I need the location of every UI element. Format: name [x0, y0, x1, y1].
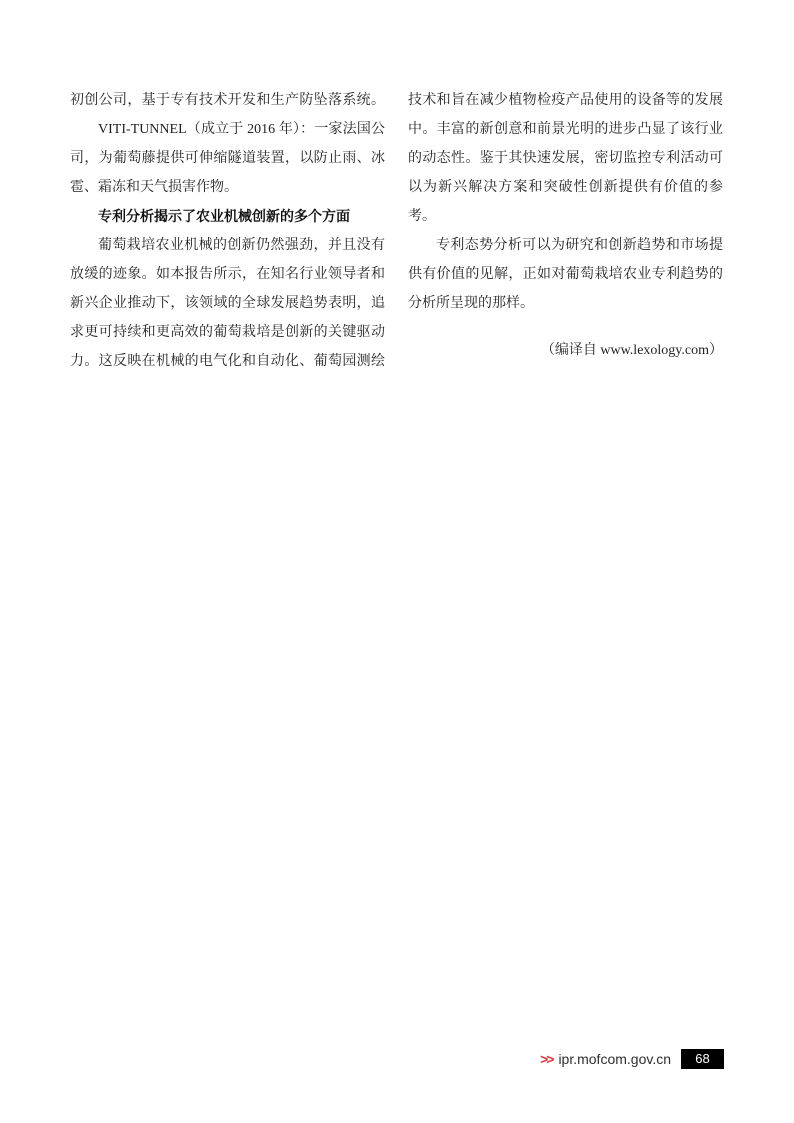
- text-line: 分析所呈现的那样。: [408, 289, 723, 318]
- text-line: 初创公司，基于专有技术开发和生产防坠落系统。: [70, 86, 385, 115]
- text-line: 技术和旨在减少植物检疫产品使用的设备等的发展: [408, 86, 723, 115]
- section-heading: 专利分析揭示了农业机械创新的多个方面: [70, 202, 385, 231]
- text-line: 的动态性。鉴于其快速发展，密切监控专利活动可: [408, 144, 723, 173]
- text-column-left: 初创公司，基于专有技术开发和生产防坠落系统。 VITI-TUNNEL（成立于 2…: [70, 86, 385, 376]
- page-footer: >> ipr.mofcom.gov.cn 68: [540, 1048, 724, 1070]
- text-line: 放缓的迹象。如本报告所示，在知名行业领导者和: [70, 260, 385, 289]
- text-line: 新兴企业推动下，该领域的全球发展趋势表明，追: [70, 289, 385, 318]
- text-line: 专利态势分析可以为研究和创新趋势和市场提: [408, 231, 723, 260]
- text-line: 求更可持续和更高效的葡萄栽培是创新的关键驱动: [70, 318, 385, 347]
- text-line: 葡萄栽培农业机械的创新仍然强劲，并且没有: [70, 231, 385, 260]
- text-line: VITI-TUNNEL（成立于 2016 年）：一家法国公: [70, 115, 385, 144]
- text-line: 以为新兴解决方案和突破性创新提供有价值的参: [408, 173, 723, 202]
- text-line: 力。这反映在机械的电气化和自动化、葡萄园测绘: [70, 347, 385, 376]
- text-line: 雹、霜冻和天气损害作物。: [70, 173, 385, 202]
- page-content: 初创公司，基于专有技术开发和生产防坠落系统。 VITI-TUNNEL（成立于 2…: [70, 86, 723, 376]
- text-line: 考。: [408, 202, 723, 231]
- text-line: 司，为葡萄藤提供可伸缩隧道装置，以防止雨、冰: [70, 144, 385, 173]
- attribution-line: （编译自 www.lexology.com）: [408, 336, 723, 365]
- text-column-right: 技术和旨在减少植物检疫产品使用的设备等的发展 中。丰富的新创意和前景光明的进步凸…: [408, 86, 723, 376]
- document-page: 初创公司，基于专有技术开发和生产防坠落系统。 VITI-TUNNEL（成立于 2…: [0, 0, 794, 1123]
- page-number-badge: 68: [681, 1049, 724, 1069]
- footer-site-url: ipr.mofcom.gov.cn: [558, 1051, 671, 1067]
- text-line: 中。丰富的新创意和前景光明的进步凸显了该行业: [408, 115, 723, 144]
- paragraph-spacer: [408, 318, 723, 336]
- chevrons-icon: >>: [540, 1051, 552, 1067]
- text-line: 供有价值的见解，正如对葡萄栽培农业专利趋势的: [408, 260, 723, 289]
